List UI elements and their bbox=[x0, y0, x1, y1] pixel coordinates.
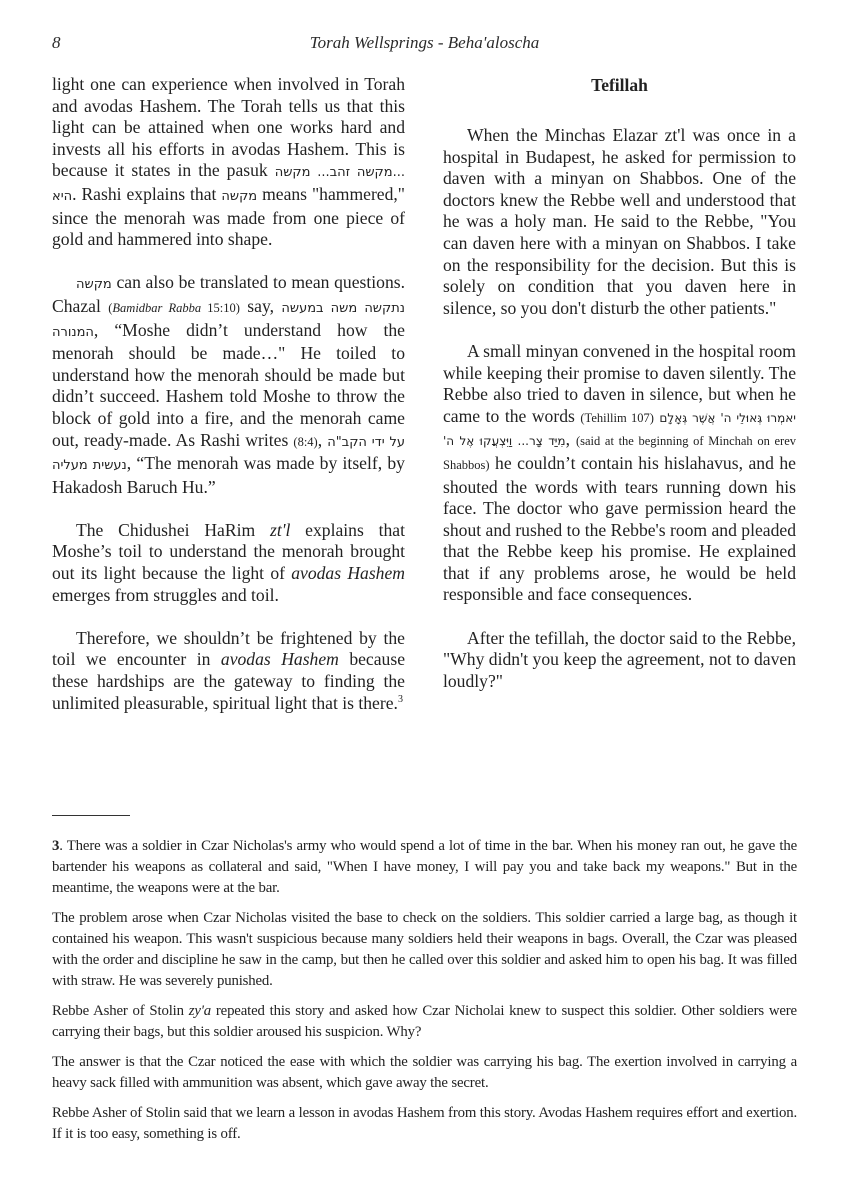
source-citation: (8:4) bbox=[293, 435, 317, 449]
paragraph-small-minyan: A small minyan convened in the hospital … bbox=[443, 341, 796, 606]
right-column: Tefillah When the Minchas Elazar zt'l wa… bbox=[443, 74, 796, 714]
paragraph-minchas-elazar: When the Minchas Elazar zt'l was once in… bbox=[443, 125, 796, 319]
source-citation: Bamidbar Rabba bbox=[112, 301, 201, 315]
paragraph-mikshah-questions: מקשה can also be translated to mean ques… bbox=[52, 272, 405, 498]
hebrew-word-mikshah: מקשה bbox=[221, 189, 257, 204]
footnote-3-paragraph: Rebbe Asher of Stolin zy'a repeated this… bbox=[52, 1001, 797, 1043]
running-header: 8 Torah Wellsprings - Beha'aloscha bbox=[0, 33, 849, 57]
paragraph-therefore: Therefore, we shouldn’t be frightened by… bbox=[52, 628, 405, 714]
source-citation: (Tehillim 107) bbox=[580, 411, 654, 425]
footnote-3-paragraph: The problem arose when Czar Nicholas vis… bbox=[52, 908, 797, 992]
footnote-separator bbox=[52, 815, 130, 816]
left-column: light one can experience when involved i… bbox=[52, 74, 405, 736]
paragraph-after-tefillah: After the tefillah, the doctor said to t… bbox=[443, 628, 796, 693]
book-title: Torah Wellsprings - Beha'aloscha bbox=[0, 33, 849, 53]
footnote-3-paragraph: The answer is that the Czar noticed the … bbox=[52, 1052, 797, 1094]
hebrew-word-mikshah: מקשה bbox=[76, 277, 112, 292]
section-heading: Tefillah bbox=[443, 74, 796, 96]
footnote-3-paragraph: Rebbe Asher of Stolin said that we learn… bbox=[52, 1103, 797, 1145]
footnotes: 3. There was a soldier in Czar Nicholas'… bbox=[52, 836, 797, 1154]
footnote-3-paragraph: 3. There was a soldier in Czar Nicholas'… bbox=[52, 836, 797, 899]
paragraph-chidushei-harim: The Chidushei HaRim zt'l explains that M… bbox=[52, 520, 405, 606]
footnote-reference[interactable]: 3 bbox=[398, 694, 403, 705]
paragraph-menorah-light: light one can experience when involved i… bbox=[52, 74, 405, 251]
